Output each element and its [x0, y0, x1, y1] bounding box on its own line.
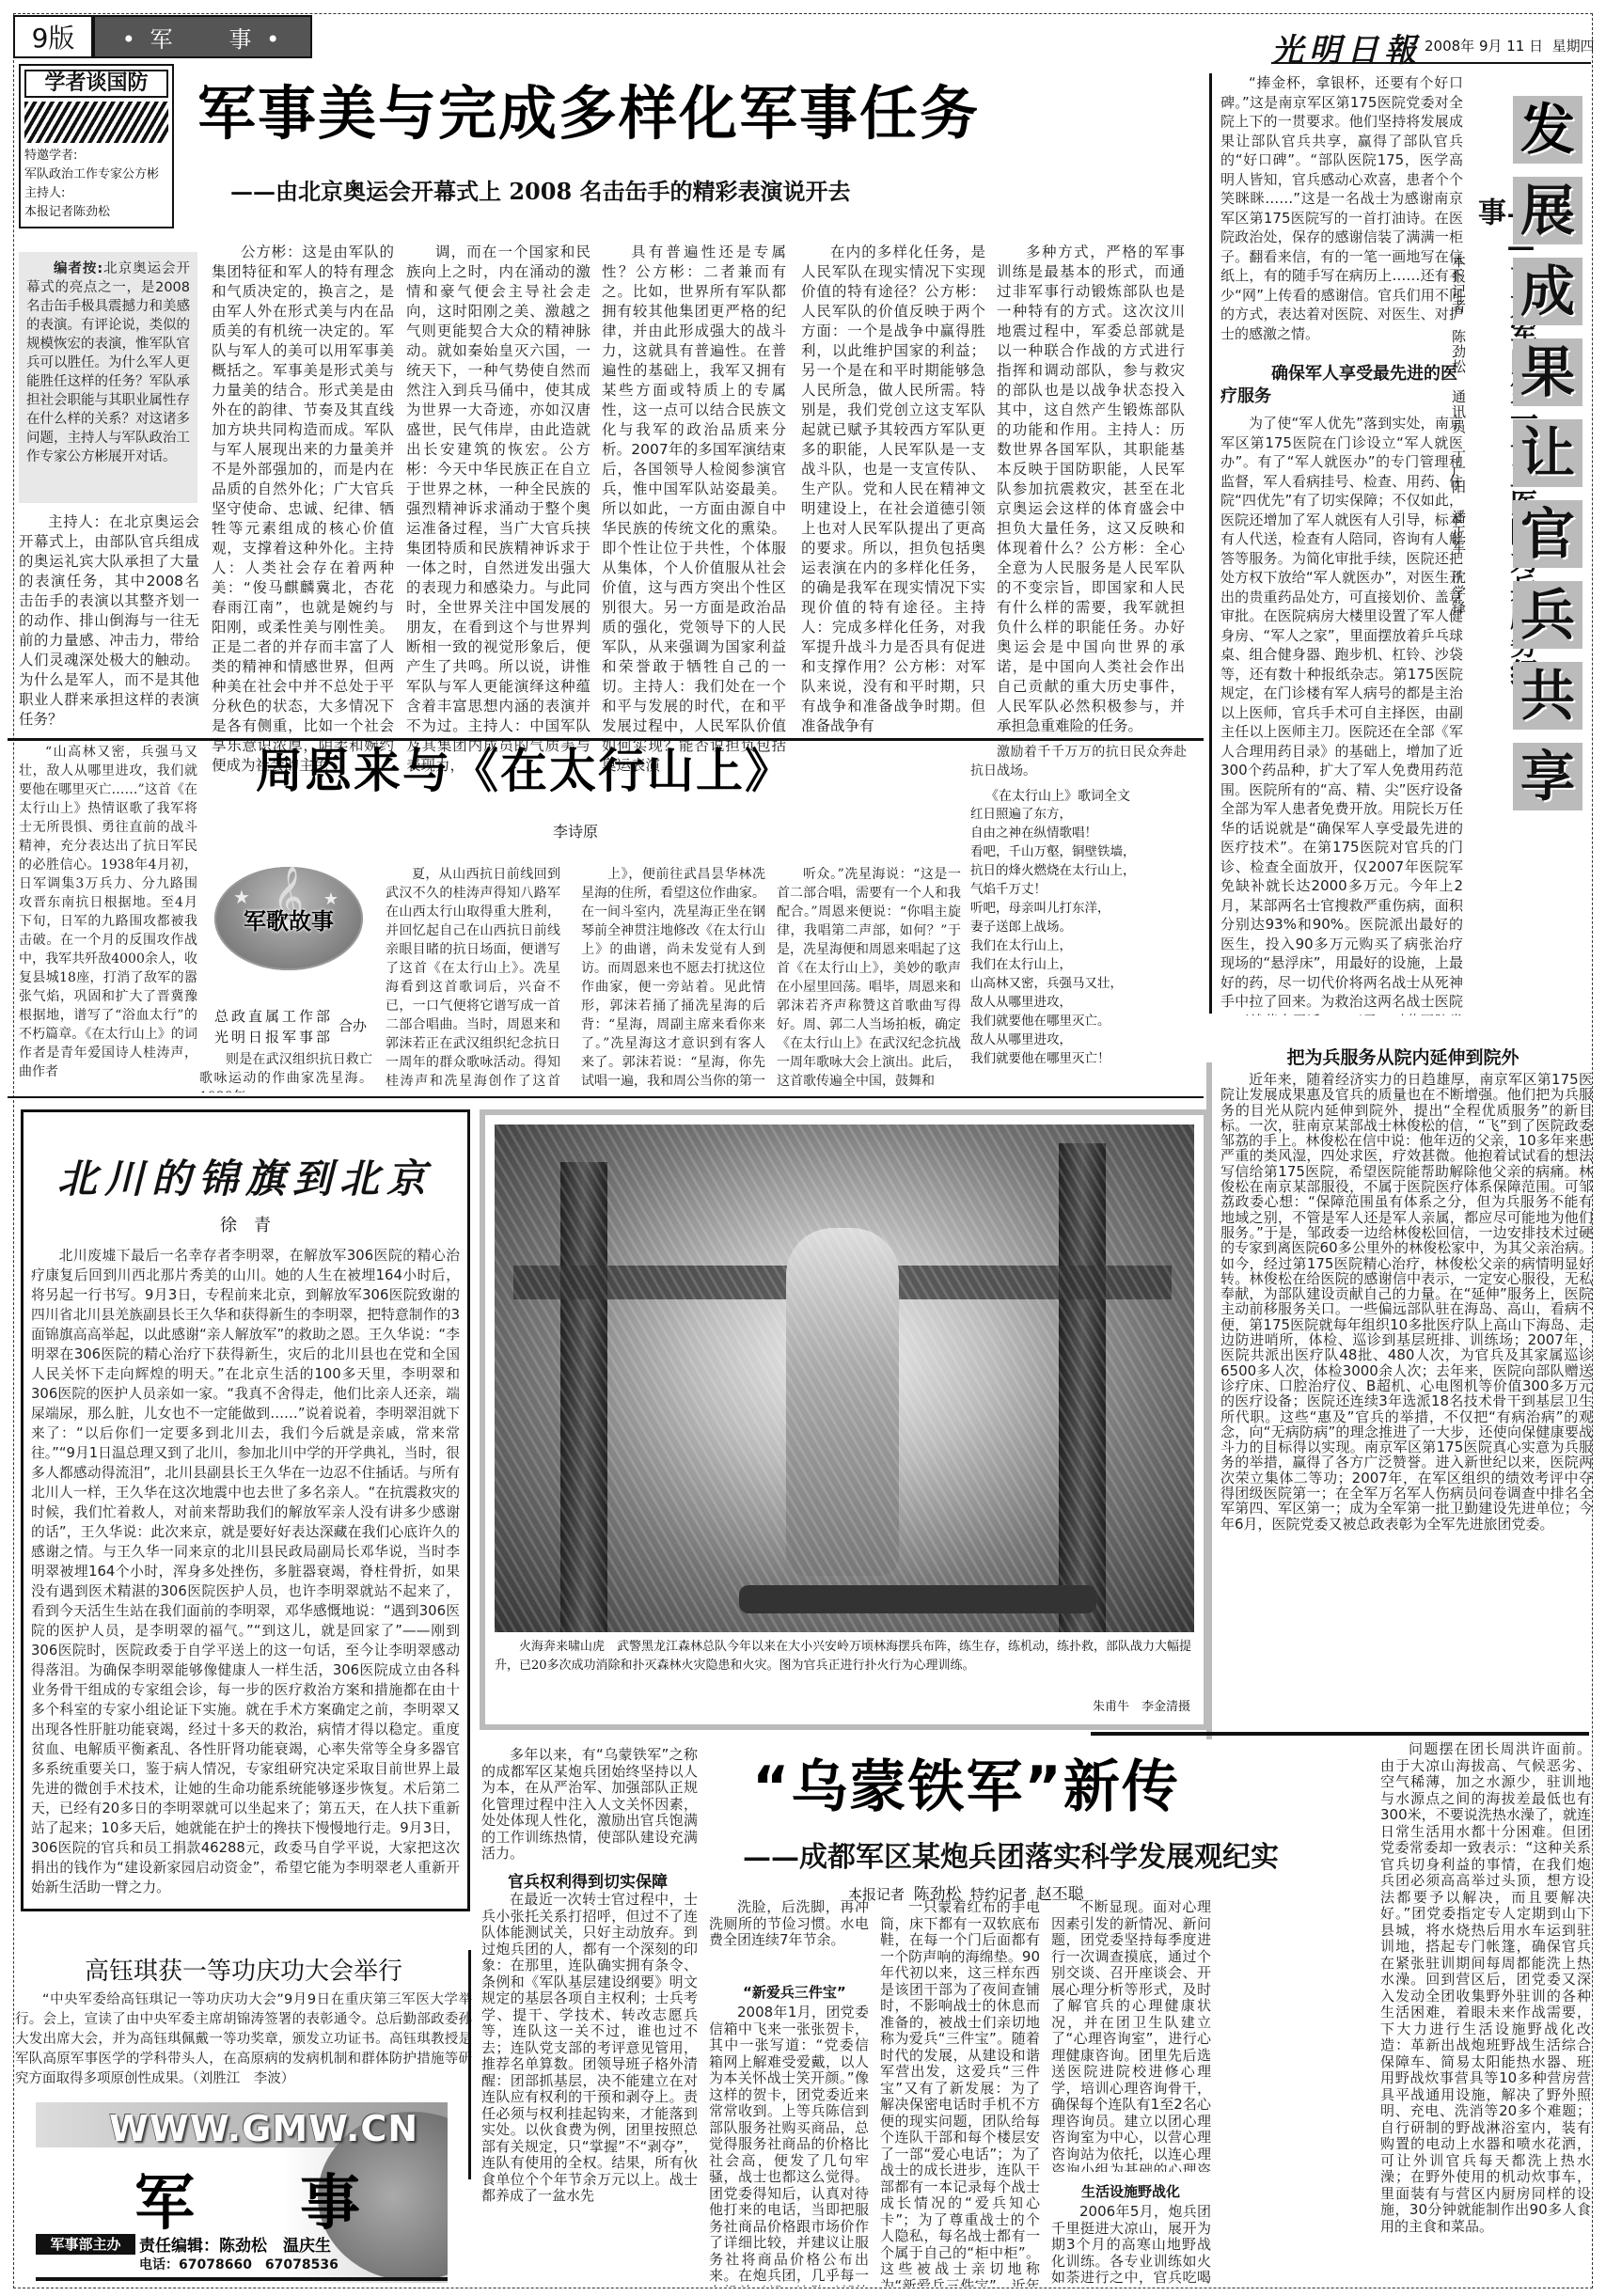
banner-url: WWW.GMW.CN — [109, 2108, 418, 2149]
title-char: 果 — [1513, 338, 1582, 406]
title-char: 成 — [1513, 258, 1582, 325]
weekday-text: 星期四 — [1552, 38, 1595, 55]
wumeng-col-5: 问题摆在团长周洪许面前。由于大凉山海拔高、气候恶劣、空气稀薄，加之水源少，驻训地… — [1222, 1741, 1591, 2287]
side-feature-rule — [1209, 73, 1212, 1014]
title-char: 兵 — [1513, 581, 1582, 649]
side-feature-section1: 为了使“军人优先”落到实处，南京军区第175医院在门诊设立“军人就医办”。有了“… — [1220, 414, 1463, 1015]
lead-col-5: 在内的多样化任务，是人民军队在现实情况下实现价值的特有途径？公方彬：人民军队的价… — [801, 243, 985, 797]
lead-headline: 军事美与完成多样化军事任务 — [197, 81, 980, 147]
title-char: 发 — [1513, 96, 1582, 164]
editor-note: 编者按:北京奥运会开幕式的亮点之一，是2008名击缶手极具震撼力和美感的表演。有… — [19, 252, 197, 503]
photo-caption: 火海奔来啸山虎 武警黑龙江森林总队今年以来在大小兴安岭万顷林海摆兵布阵，练生存，… — [495, 1638, 1194, 1675]
beichuan-body: 北川废墟下最后一名幸存者李明翠，在解放军306医院的精心治疗康复后回到川西北那片… — [31, 1246, 460, 1904]
lyric-line: 自由之神在纵情歌唱！ — [970, 824, 1196, 842]
log-on-ground — [739, 1585, 1096, 1613]
lyric-line: 我们在太行山上， — [970, 936, 1196, 955]
gmw-banner: WWW.GMW.CN 军 事 军事部主办 责任编辑：陈劲松 温庆生 电话：670… — [36, 2102, 448, 2283]
lyric-line: 妻子送郎上战场。 — [970, 918, 1196, 936]
title-char: 享 — [1513, 743, 1582, 810]
military-song-badge: ★ ★ 𝄞 军歌故事 — [214, 867, 363, 970]
wumeng-col-2: 洗脸，后洗脚，再冲洗厕所的节俭习惯。水电费全团连续7年节余。 — [709, 1899, 869, 1952]
issue-date: 2008年 9月 11 日 星期四 — [1425, 36, 1595, 55]
lead-col-3: 调，而在一个国家和民族向上之时，内在涌动的激情和豪气便会主导社会走向，这时阳刚之… — [406, 243, 590, 797]
section1-heading: 确保军人享受最先进的医疗服务 — [1220, 363, 1463, 408]
wumeng-col-3: 一只蒙着红布的手电筒，床下都有一双软底布鞋，在每一个门后面都有一个防声响的海绵垫… — [880, 1899, 1040, 2287]
lead-bottom-rule — [8, 738, 1204, 741]
column-title: 学者谈国防 — [24, 70, 168, 98]
award-brief: 高钰琪获一等功庆功大会举行 “中央军委给高钰琪记一等功庆功大会”9月9日在重庆第… — [15, 1952, 472, 2092]
wumeng-top-rule — [1091, 1732, 1589, 1736]
award-text: “中央军委给高钰琪记一等功庆功大会”9月9日在重庆第三军医大学举行。会上，宣读了… — [15, 1990, 472, 2092]
side-feature-section2: 近年来，随着经济实力的日趋雄厚，南京军区第175医院让发展成果惠及官兵的质量也在… — [1220, 1072, 1593, 1721]
award-side-rule — [468, 1950, 471, 2179]
title-char: 展 — [1513, 177, 1582, 244]
lead-col-6: 多种方式，严格的军事训练是最基本的形式，而通过非军事行动锻炼部队也是一种特有的方… — [997, 243, 1185, 797]
lyric-line: 敌人从哪里进攻， — [970, 993, 1196, 1012]
date-text: 2008年 9月 11 日 — [1425, 38, 1543, 55]
title-char: 让 — [1513, 419, 1582, 487]
wumeng-col-2b: 2008年1月，团党委信箱中飞来一张张贺卡，其中一张写道：“党委信箱网上解难受爱… — [709, 2005, 869, 2287]
wumeng-col-4b: 2006年5月，炮兵团千里挺进大凉山，展开为期3个月的高寒山地野战化训练。各专业… — [1051, 2204, 1211, 2287]
banner-editors: 责任编辑：陈劲松 温庆生 — [139, 2232, 331, 2256]
lyric-line: 我们就要他在哪里灭亡。 — [970, 1012, 1196, 1030]
banner-host-label: 军事部主办 — [36, 2234, 135, 2255]
wumeng-h3: 生活设施野战化 — [1081, 2181, 1180, 2201]
banner-phone: 电话：67078660 67078536 — [139, 2255, 339, 2273]
title-char: 共 — [1513, 662, 1582, 730]
title-char: 官 — [1513, 500, 1582, 568]
song-bottom-rule — [8, 1096, 1204, 1098]
lyric-line: 敌人从哪里进攻， — [970, 1030, 1196, 1049]
banner-section: 军 事 — [134, 2155, 383, 2241]
lyric-line: 气焰千万丈！ — [970, 880, 1196, 899]
editor-note-text: 北京奥运会开幕式的亮点之一，是2008名击缶手极具震撼力和美感的表演。有评论说，… — [26, 261, 190, 464]
flames — [495, 1124, 1194, 1632]
host-label: 主持人: — [24, 184, 168, 203]
lyric-line: 山高林又密，兵强马又壮， — [970, 974, 1196, 993]
song-story-title: 周恩来与《在太行山上》 — [256, 743, 794, 799]
lyrics-block: 红日照遍了东方， 自由之神在纵情歌唱！ 看吧，千山万壑，铜壁铁墙， 抗日的烽火燃… — [970, 805, 1196, 1068]
wumeng-h2: “新爱兵三件宝” — [743, 1982, 846, 2002]
section2-heading: 把为兵服务从院内延伸到院外 — [1213, 1044, 1593, 1069]
page-number: 9版 — [32, 18, 75, 55]
banner-bottom-rule — [36, 2277, 448, 2281]
beichuan-box: 北川的锦旗到北京 徐 青 北川废墟下最后一名幸存者李明翠，在解放军306医院的精… — [21, 1109, 470, 1911]
guest-name: 军队政治工作专家公方彬 — [24, 165, 168, 184]
lyrics-title: 《在太行山上》歌词全文 — [985, 786, 1130, 805]
lead-col-2: 公方彬：这是由军队的集团特征和军人的特有理念和气质决定的，换言之，是由军人外在形… — [212, 243, 394, 797]
beichuan-title: 北川的锦旗到北京 — [31, 1148, 460, 1204]
section-label: • 军 事 • — [122, 21, 284, 54]
guest-label: 特邀学者: — [24, 147, 168, 165]
sponsor-line-2: 光明日报军事部 — [214, 1027, 333, 1047]
wumeng-intro: 多年以来，有“乌蒙铁军”之称的成都军区某炮兵团始终坚持以人为本，在从严治军、加强… — [481, 1747, 698, 1864]
firefighting-training-photo — [495, 1124, 1194, 1632]
song-story-author: 李诗原 — [553, 820, 598, 841]
lyric-line: 抗日的烽火燃烧在太行山上， — [970, 861, 1196, 880]
lyric-line: 看吧，千山万壑，铜壁铁墙， — [970, 842, 1196, 861]
sponsor-line-1: 总政直属工作部 — [214, 1006, 333, 1027]
song-col-2: 则是在武汉组织抗日救亡歌咏运动的作曲家冼星海。1938年 — [199, 1050, 372, 1093]
caption-title: 火海奔来啸山虎 — [519, 1640, 605, 1654]
editor-note-label: 编者按: — [54, 261, 102, 276]
sponsor-block: 总政直属工作部 光明日报军事部 — [214, 1006, 333, 1047]
award-title: 高钰琪获一等功庆功大会举行 — [15, 1952, 472, 1987]
lyric-line: 我们就要他在哪里灭亡！ — [970, 1049, 1196, 1068]
page-number-box: 9版 — [13, 15, 93, 58]
wumeng-h1: 官兵权利得到切实保障 — [508, 1868, 668, 1892]
song-col-6-intro: 激励着千千万万的抗日民众奔赴抗日战场。 — [970, 743, 1187, 784]
lyric-line: 我们在太行山上， — [970, 955, 1196, 974]
wumeng-col-4: 不断显现。面对心理因素引发的新情况、新问题，团党委坚持每季度进行一次调查摸底，通… — [1051, 1899, 1211, 2172]
lyric-line: 红日照遍了东方， — [970, 805, 1196, 824]
side-feature-title: 发 展 成 果 让 官 兵 共 享 — [1513, 96, 1582, 810]
side-feature-intro: “捧金杯，拿银杯，还要有个好口碑。”这是南京军区第175医院党委对全院上下的一贯… — [1220, 73, 1463, 363]
song-col-4: 上》，便前往武昌昙华林冼星海的住所，看望这位作曲家。在一间斗室内，冼星海正坐在钢… — [581, 865, 765, 1091]
song-col-1: “山高林又密，兵强马又壮，敌人从哪里进攻，我们就要他在哪里灭亡……”这首《在太行… — [19, 743, 197, 1091]
badge-label: 军歌故事 — [244, 903, 334, 936]
wumeng-subtitle: ——成都军区某炮兵团落实科学发展观纪实 — [743, 1833, 1279, 1875]
song-col-3: 夏，从山西抗日前线回到武汉不久的桂涛声得知八路军在山西太行山取得重大胜利，并回忆… — [386, 865, 560, 1091]
beichuan-author: 徐 青 — [31, 1212, 460, 1236]
wumeng-title: “乌蒙铁军”新传 — [752, 1754, 1180, 1820]
lead-col-4: 具有普遍性还是专属性？公方彬：二者兼而有之。比如，世界所有军队都拥有较其他集团更… — [602, 243, 786, 797]
lead-subtitle: ——由北京奥运会开幕式上 2008 名击缶手的精彩表演说开去 — [230, 173, 851, 206]
sponsor-suffix: 合办 — [339, 1015, 367, 1035]
masthead-rule — [1271, 62, 1591, 64]
host-name: 本报记者陈劲松 — [24, 203, 168, 222]
side-feature-byline: 本报记者 陈劲松 通讯员 丁广阳 潘正军 沈学锋 — [1450, 254, 1467, 696]
section-banner: • 军 事 • — [93, 15, 312, 58]
song-col-5: 听众。”冼星海说：“这是一首二部合唱，需要有一个人和我配合。”周恩来便说：“你唱… — [777, 865, 961, 1091]
photo-frame: 火海奔来啸山虎 武警黑龙江森林总队今年以来在大小兴安岭万顷林海摆兵布阵，练生存，… — [480, 1109, 1209, 1730]
photo-credit: 朱甫牛 李金清摄 — [1093, 1696, 1190, 1714]
column-logo-graphic — [24, 102, 168, 143]
wumeng-col-1: 在最近一次转士官过程中，士兵小张托关系打招呼，但过不了连队体能测试关，只好主动放… — [481, 1892, 698, 2287]
lyric-line: 听吧，母亲叫儿打东洋， — [970, 899, 1196, 918]
scholar-column-box: 学者谈国防 特邀学者: 军队政治工作专家公方彬 主持人: 本报记者陈劲松 — [19, 64, 174, 228]
